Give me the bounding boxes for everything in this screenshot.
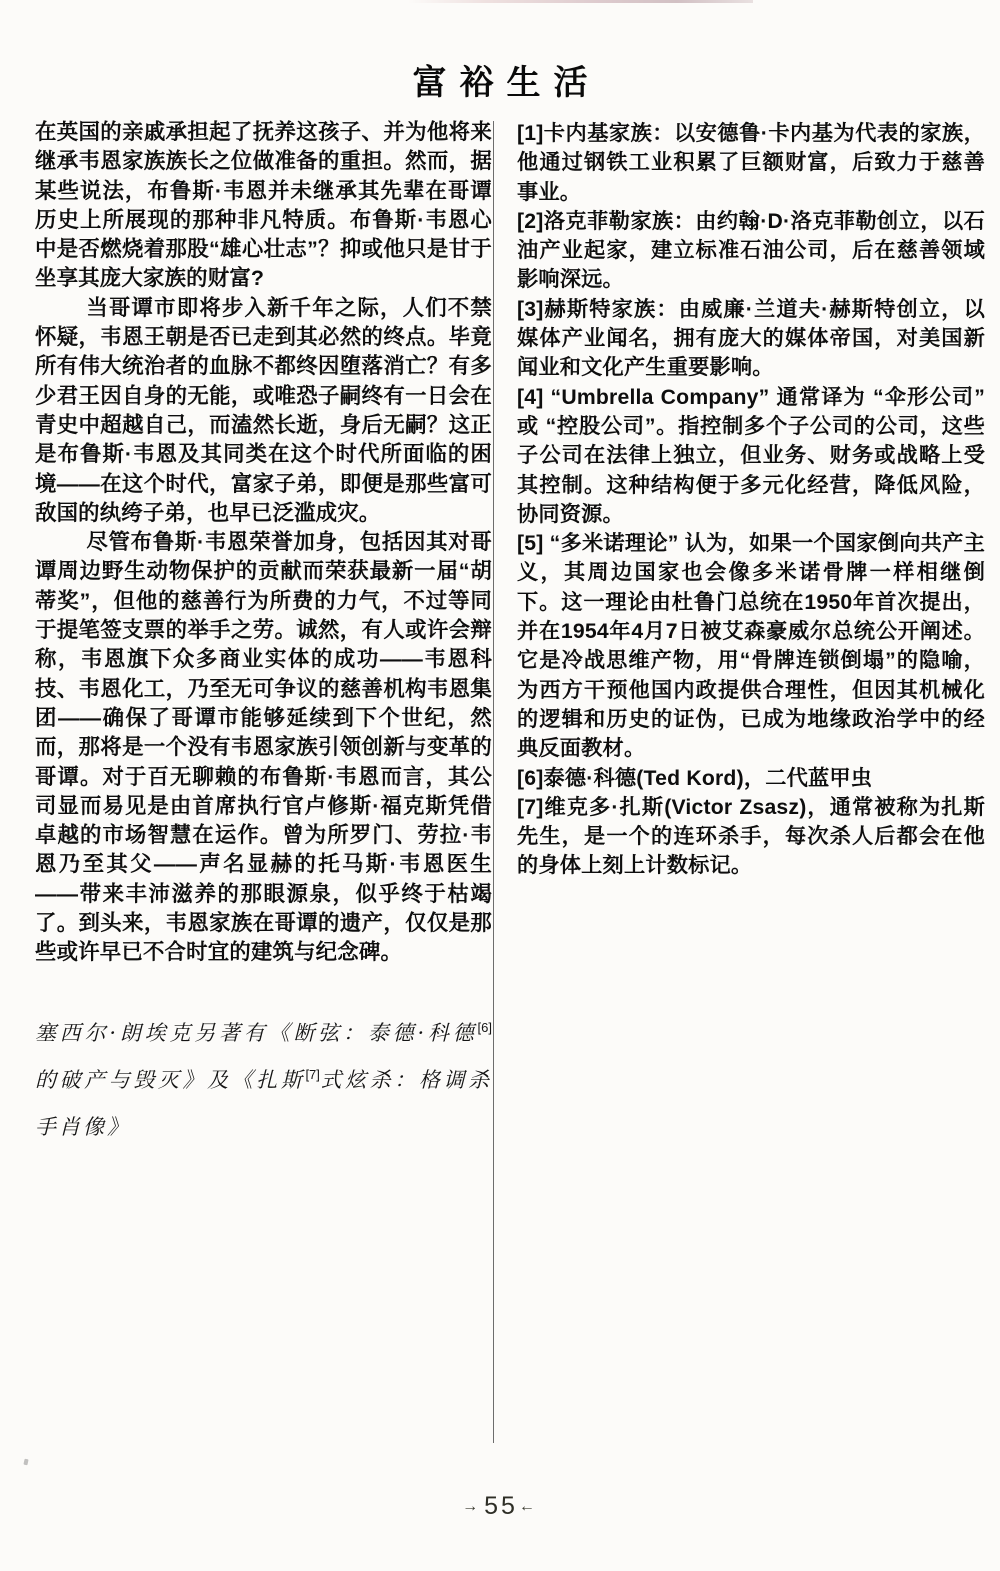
footnote-ref-6: [6] bbox=[478, 1020, 492, 1035]
page-title: 富裕生活 bbox=[0, 55, 1000, 104]
footnotes-column: [1]卡内基家族：以安德鲁·卡内基为代表的家族，他通过钢铁工业积累了巨额财富，后… bbox=[517, 119, 985, 881]
footnote-item-2: [2]洛克菲勒家族：由约翰·D·洛克菲勒创立，以石油产业起家，建立标准石油公司，… bbox=[517, 207, 985, 295]
author-note: 塞西尔·朗埃克另著有《断弦：泰德·科德[6]的破产与毁灭》及《扎斯[7]式炫杀：… bbox=[35, 1010, 492, 1151]
article-paragraph-1: 在英国的亲戚承担起了抚养这孩子、并为他将来继承韦恩家族族长之位做准备的重担。然而… bbox=[35, 118, 492, 294]
footnote-item-1: [1]卡内基家族：以安德鲁·卡内基为代表的家族，他通过钢铁工业积累了巨额财富，后… bbox=[517, 119, 985, 207]
page-number: →55← bbox=[0, 1492, 1000, 1521]
margin-speck-artifact bbox=[23, 1459, 28, 1466]
pager-arrow-right-icon: → bbox=[462, 1498, 481, 1515]
pager-arrow-left-icon: ← bbox=[519, 1498, 538, 1515]
footnote-item-4: [4] “Umbrella Company” 通常译为 “伞形公司” 或 “控股… bbox=[517, 383, 985, 529]
footnote-item-6: [6]泰德·科德(Ted Kord)，二代蓝甲虫 bbox=[517, 764, 985, 793]
author-note-text: 的破产与毁灭》及《扎斯 bbox=[35, 1068, 305, 1092]
article-paragraph-2: 当哥谭市即将步入新千年之际，人们不禁怀疑，韦恩王朝是否已走到其必然的终点。毕竟所… bbox=[35, 294, 492, 528]
footnote-item-3: [3]赫斯特家族：由威廉·兰道夫·赫斯特创立，以媒体产业闻名，拥有庞大的媒体帝国… bbox=[517, 295, 985, 383]
article-column: 在英国的亲戚承担起了抚养这孩子、并为他将来继承韦恩家族族长之位做准备的重担。然而… bbox=[35, 118, 492, 1151]
footnote-ref-7: [7] bbox=[305, 1067, 319, 1082]
footnote-item-5: [5] “多米诺理论” 认为，如果一个国家倒向共产主义，其周边国家也会像多米诺骨… bbox=[517, 529, 985, 763]
article-paragraph-3: 尽管布鲁斯·韦恩荣誉加身，包括因其对哥谭周边野生动物保护的贡献而荣获最新一届“胡… bbox=[35, 528, 492, 967]
page-container: 富裕生活 在英国的亲戚承担起了抚养这孩子、并为他将来继承韦恩家族族长之位做准备的… bbox=[0, 0, 1000, 1571]
page-number-value: 55 bbox=[484, 1492, 518, 1520]
top-edge-artifact bbox=[408, 0, 753, 3]
column-divider bbox=[493, 121, 494, 1443]
author-note-text: 塞西尔·朗埃克另著有《断弦：泰德·科德 bbox=[35, 1021, 478, 1045]
footnote-item-7: [7]维克多·扎斯(Victor Zsasz)，通常被称为扎斯 先生，是一个的连… bbox=[517, 793, 985, 881]
